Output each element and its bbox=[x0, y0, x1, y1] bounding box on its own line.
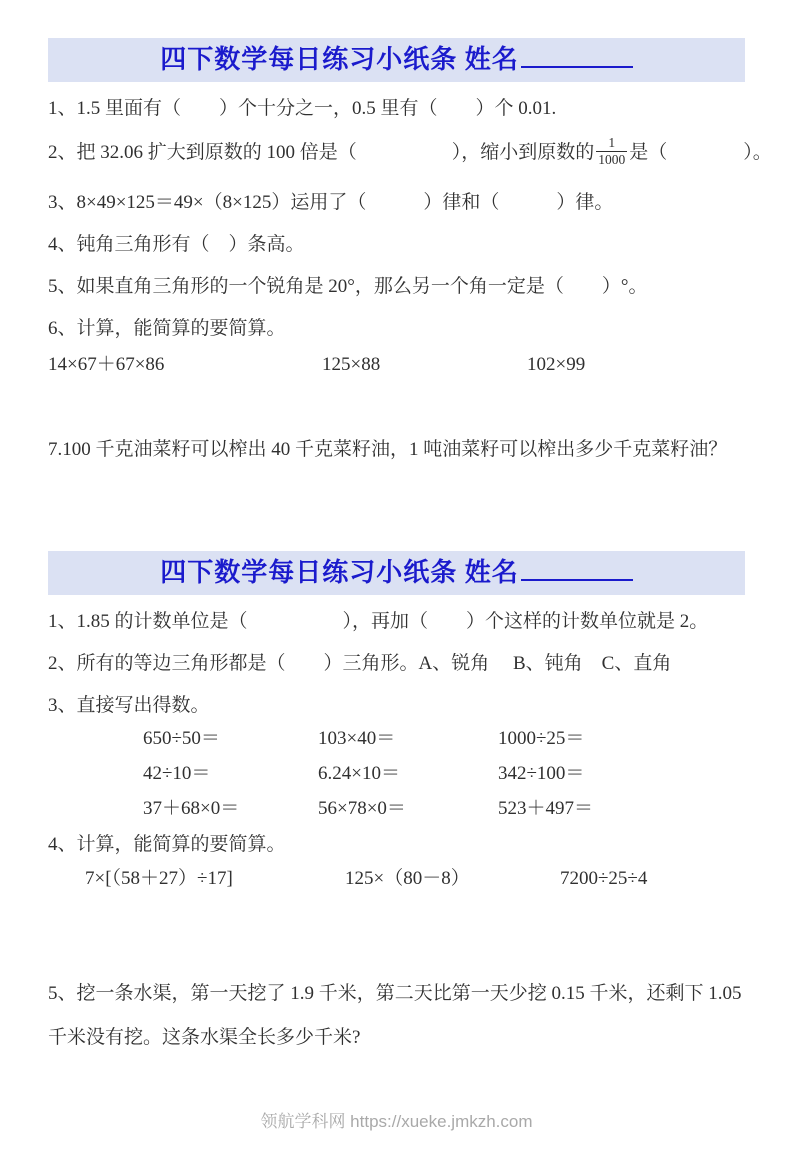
s2-problem-3: 3、直接写出得数。 bbox=[48, 691, 745, 721]
s1-problem-2-text-before: 2、把 32.06 扩大到原数的 100 倍是（ ），缩小到原数的 bbox=[48, 142, 594, 163]
s1-calculation-row: 14×67＋67×86 125×88 102×99 bbox=[48, 350, 745, 380]
expression-1: 14×67＋67×86 bbox=[48, 350, 322, 380]
direct-calculation-grid: 650÷50＝ 103×40＝ 1000÷25＝ 42÷10＝ 6.24×10＝… bbox=[48, 721, 745, 826]
worksheet-section-2: 四下数学每日练习小纸条 姓名 1、1.85 的计数单位是（ ），再加（ ）个这样… bbox=[48, 551, 745, 1060]
worksheet-section-1: 四下数学每日练习小纸条 姓名 1、1.5 里面有（ ）个十分之一，0.5 里有（… bbox=[48, 38, 745, 465]
section-1-title-text: 四下数学每日练习小纸条 姓名 bbox=[160, 45, 519, 74]
grid-cell-r2c3: 342÷100＝ bbox=[498, 756, 745, 791]
s2-problem-5: 5、挖一条水渠，第一天挖了 1.9 千米，第二天比第一天少挖 0.15 千米，还… bbox=[48, 972, 745, 1060]
expression-4: 7×[（58＋27）÷17] bbox=[85, 864, 345, 894]
s1-problem-6: 6、计算，能简算的要简算。 bbox=[48, 314, 745, 344]
name-blank-line bbox=[521, 577, 633, 581]
expression-3: 102×99 bbox=[527, 350, 745, 380]
expression-6: 7200÷25÷4 bbox=[560, 864, 745, 894]
fraction-denominator: 1000 bbox=[596, 152, 627, 168]
section-2-header-banner: 四下数学每日练习小纸条 姓名 bbox=[48, 551, 745, 595]
s1-problem-5: 5、如果直角三角形的一个锐角是 20°，那么另一个角一定是（ ）°。 bbox=[48, 272, 745, 302]
section-1-header-banner: 四下数学每日练习小纸条 姓名 bbox=[48, 38, 745, 82]
grid-cell-r3c1: 37＋68×0＝ bbox=[143, 791, 318, 826]
s1-problem-2-text-after: 是（ ）。 bbox=[629, 142, 772, 163]
s2-calculation-row: 7×[（58＋27）÷17] 125×（80－8） 7200÷25÷4 bbox=[48, 864, 745, 894]
s2-problem-1: 1、1.85 的计数单位是（ ），再加（ ）个这样的计数单位就是 2。 bbox=[48, 607, 745, 637]
section-2-title: 四下数学每日练习小纸条 姓名 bbox=[160, 551, 633, 595]
expression-5: 125×（80－8） bbox=[345, 864, 560, 894]
worksheet-page: 四下数学每日练习小纸条 姓名 1、1.5 里面有（ ）个十分之一，0.5 里有（… bbox=[0, 38, 793, 1060]
grid-cell-r3c3: 523＋497＝ bbox=[498, 791, 745, 826]
s2-problem-2: 2、所有的等边三角形都是（ ）三角形。A、锐角 B、钝角 C、直角 bbox=[48, 649, 745, 679]
fraction-numerator: 1 bbox=[596, 135, 627, 152]
grid-cell-r2c2: 6.24×10＝ bbox=[318, 756, 498, 791]
grid-cell-r1c1: 650÷50＝ bbox=[143, 721, 318, 756]
grid-cell-r2c1: 42÷10＝ bbox=[143, 756, 318, 791]
s1-problem-3: 3、8×49×125＝49×（8×125）运用了（ ）律和（ ）律。 bbox=[48, 188, 745, 218]
grid-cell-r3c2: 56×78×0＝ bbox=[318, 791, 498, 826]
s1-problem-4: 4、钝角三角形有（ ）条高。 bbox=[48, 230, 745, 260]
grid-cell-r1c3: 1000÷25＝ bbox=[498, 721, 745, 756]
fraction-one-thousandth: 11000 bbox=[596, 135, 627, 168]
s1-problem-7: 7.100 千克油菜籽可以榨出 40 千克菜籽油，1 吨油菜籽可以榨出多少千克菜… bbox=[48, 435, 745, 465]
watermark-footer: 领航学科网 https://xueke.jmkzh.com bbox=[0, 1107, 793, 1132]
section-1-title: 四下数学每日练习小纸条 姓名 bbox=[160, 38, 633, 82]
grid-cell-r1c2: 103×40＝ bbox=[318, 721, 498, 756]
s2-problem-4: 4、计算，能简算的要简算。 bbox=[48, 830, 745, 860]
s1-problem-2: 2、把 32.06 扩大到原数的 100 倍是（ ），缩小到原数的11000是（… bbox=[48, 130, 745, 176]
name-blank-line bbox=[521, 64, 633, 68]
expression-2: 125×88 bbox=[322, 350, 527, 380]
s1-problem-1: 1、1.5 里面有（ ）个十分之一，0.5 里有（ ）个 0.01. bbox=[48, 94, 745, 124]
section-2-title-text: 四下数学每日练习小纸条 姓名 bbox=[160, 558, 519, 587]
